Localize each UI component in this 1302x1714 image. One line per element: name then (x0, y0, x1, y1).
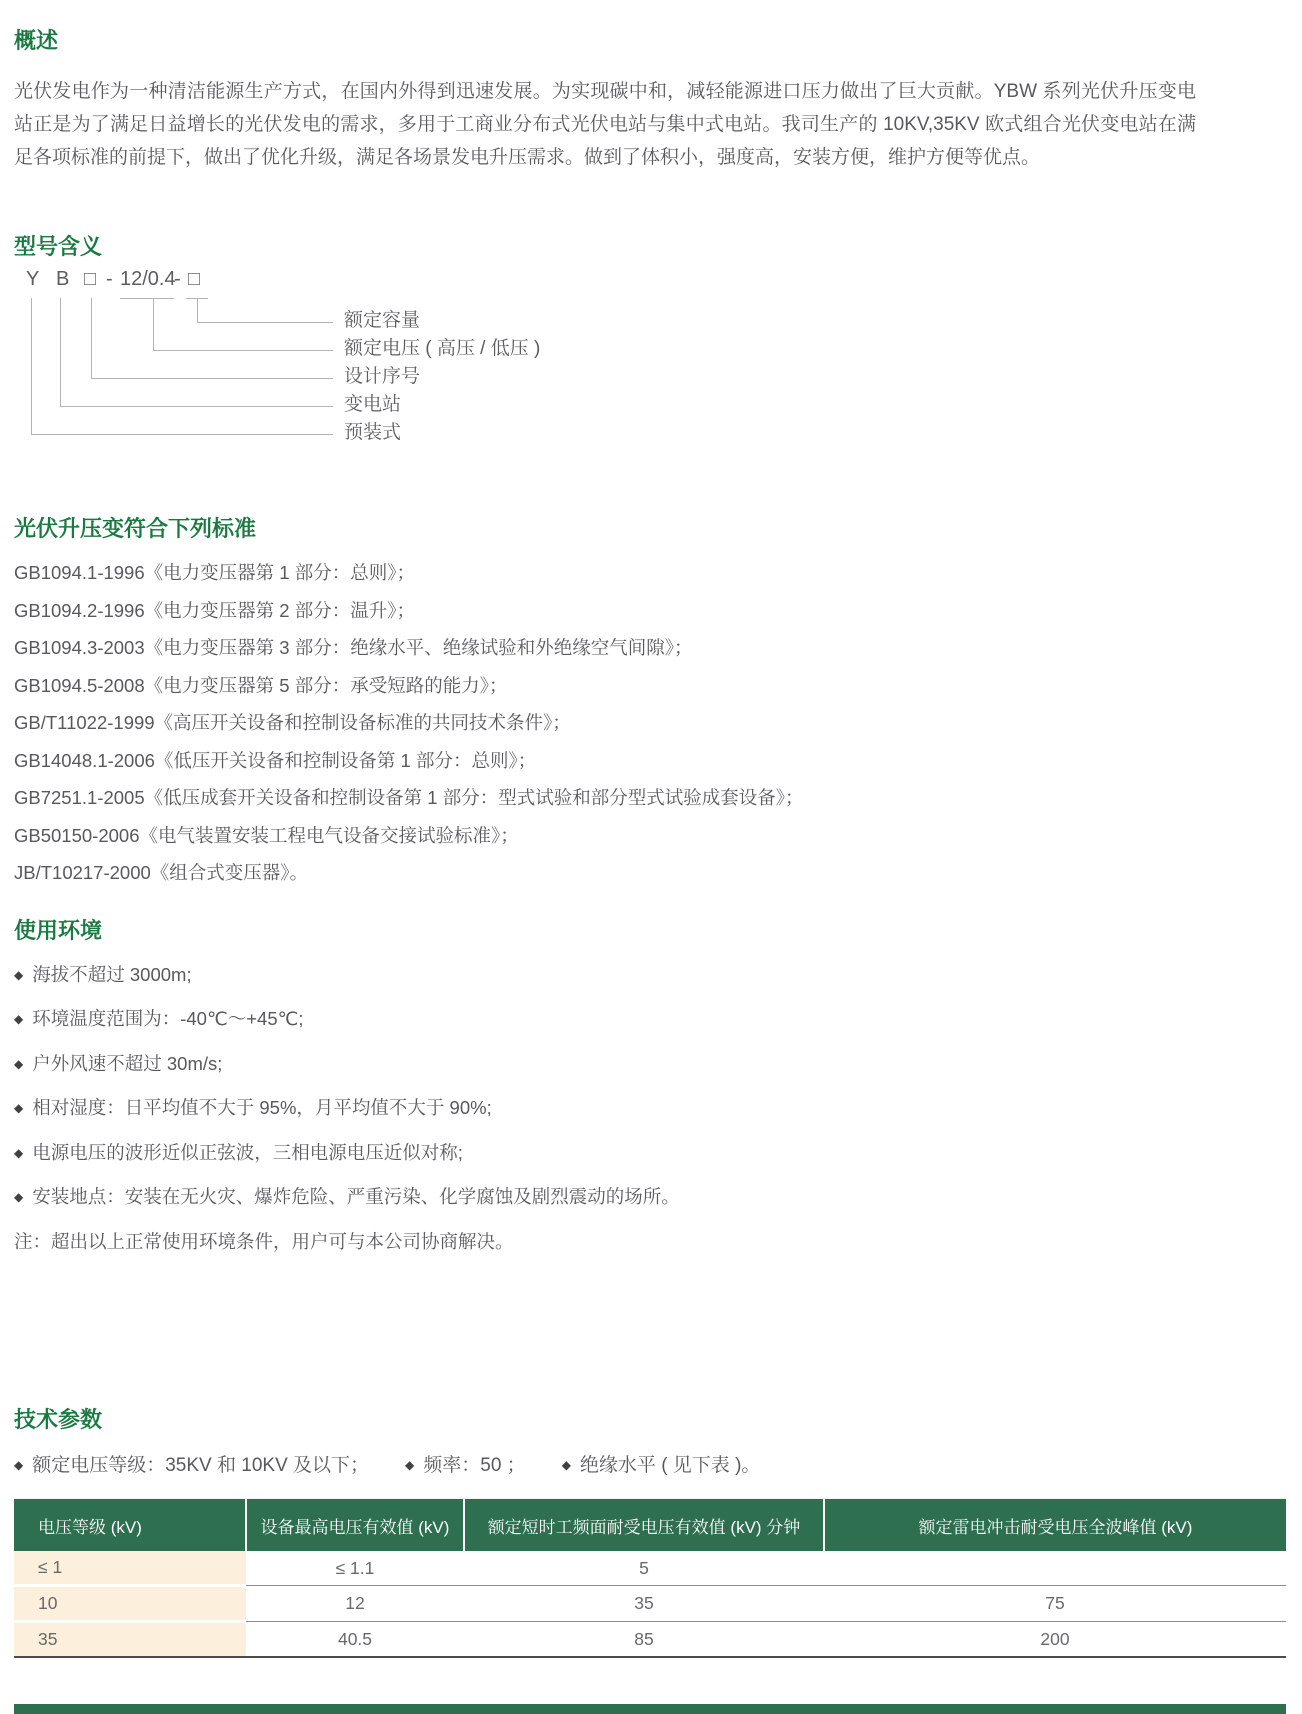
model-code-box: □ (84, 268, 96, 291)
environment-item-text: 相对湿度：日平均值不大于 95%，月平均值不大于 90%; (32, 1097, 491, 1118)
environment-item: ◆相对湿度：日平均值不大于 95%，月平均值不大于 90%; (14, 1087, 1288, 1132)
environment-item-text: 海拔不超过 3000m; (32, 964, 191, 985)
tech-param-item: ◆绝缘水平 ( 见下表 )。 (562, 1455, 761, 1476)
environment-item-text: 安装地点：安装在无火灾、爆炸危险、严重污染、化学腐蚀及剧烈震动的场所。 (32, 1186, 680, 1207)
standard-item: GB/T11022-1999《高压开关设备和控制设备标准的共同技术条件》； (14, 704, 1288, 742)
model-code-part: 12/0.4 (120, 268, 176, 291)
standard-item: GB7251.1-2005《低压成套开关设备和控制设备第 1 部分：型式试验和部… (14, 779, 1288, 817)
tech-param-item-text: 额定电压等级：35KV 和 10KV 及以下； (32, 1455, 369, 1476)
model-code-box: □ (188, 268, 200, 291)
diamond-bullet-icon: ◆ (14, 1057, 23, 1071)
diamond-bullet-icon: ◆ (562, 1458, 571, 1472)
model-code-part: Y (26, 268, 39, 291)
standard-item: GB50150-2006《电气装置安装工程电气设备交接试验标准》； (14, 817, 1288, 855)
standard-item: GB14048.1-2006《低压开关设备和控制设备第 1 部分：总则》； (14, 742, 1288, 780)
table-cell: 75 (824, 1586, 1286, 1622)
tech-param-item: ◆频率：50 ； (405, 1455, 526, 1476)
standards-heading: 光伏升压变符合下列标准 (14, 516, 1288, 542)
standard-item: JB/T10217-2000《组合式变压器》。 (14, 854, 1288, 892)
overview-heading: 概述 (14, 28, 1288, 54)
table-cell: 40.5 (246, 1622, 464, 1658)
environment-item: ◆安装地点：安装在无火灾、爆炸危险、严重污染、化学腐蚀及剧烈震动的场所。 (14, 1176, 1288, 1221)
standard-item: GB1094.5-2008《电力变压器第 5 部分：承受短路的能力》； (14, 667, 1288, 705)
table-header-cell: 额定雷电冲击耐受电压全波峰值 (kV) (824, 1499, 1286, 1551)
insulation-level-table: 电压等级 (kV)设备最高电压有效值 (kV)额定短时工频面耐受电压有效值 (k… (14, 1498, 1286, 1658)
model-label: 预装式 (344, 423, 401, 443)
tech-param-item-text: 绝缘水平 ( 见下表 )。 (580, 1455, 761, 1476)
connector-line (31, 298, 333, 435)
model-label: 变电站 (344, 395, 401, 415)
environment-item-text: 环境温度范围为：-40℃～+45℃; (32, 1008, 303, 1029)
model-label: 额定容量 (344, 311, 420, 331)
table-cell: 85 (464, 1622, 824, 1658)
model-heading: 型号含义 (14, 234, 1288, 260)
model-code-part: B (56, 268, 69, 291)
table-cell: ≤ 1 (14, 1551, 246, 1586)
table-row: ≤ 1≤ 1.15 (14, 1551, 1286, 1586)
table-header-cell: 额定短时工频面耐受电压有效值 (kV) 分钟 (464, 1499, 824, 1551)
overview-paragraph: 光伏发电作为一种清洁能源生产方式，在国内外得到迅速发展。为实现碳中和，减轻能源进… (14, 75, 1196, 174)
model-code-diagram: Y B □ - 12/0.4 - □ 额定容量 额定电压 ( 高压 / 低压 )… (14, 268, 1288, 460)
tech-param-item: ◆额定电压等级：35KV 和 10KV 及以下； (14, 1455, 369, 1476)
tech-param-item-text: 频率：50 ； (423, 1455, 525, 1476)
next-table-header-partial (14, 1704, 1286, 1714)
diamond-bullet-icon: ◆ (405, 1458, 414, 1472)
tech-params-summary: ◆额定电压等级：35KV 和 10KV 及以下；◆频率：50 ；◆绝缘水平 ( … (14, 1453, 1288, 1480)
table-cell: 200 (824, 1622, 1286, 1658)
diamond-bullet-icon: ◆ (14, 1146, 23, 1160)
model-code-part: - (106, 268, 113, 291)
table-cell: 5 (464, 1551, 824, 1586)
table-cell: 35 (464, 1586, 824, 1622)
environment-item: ◆户外风速不超过 30m/s; (14, 1043, 1288, 1088)
environment-note: 注：超出以上正常使用环境条件，用户可与本公司协商解决。 (14, 1221, 1288, 1264)
environment-list: ◆海拔不超过 3000m;◆环境温度范围为：-40℃～+45℃;◆户外风速不超过… (14, 954, 1288, 1221)
table-header-cell: 设备最高电压有效值 (kV) (246, 1499, 464, 1551)
standard-item: GB1094.2-1996《电力变压器第 2 部分：温升》； (14, 592, 1288, 630)
standards-list: GB1094.1-1996《电力变压器第 1 部分：总则》；GB1094.2-1… (14, 554, 1288, 892)
diamond-bullet-icon: ◆ (14, 968, 23, 982)
diamond-bullet-icon: ◆ (14, 1458, 23, 1472)
environment-item: ◆环境温度范围为：-40℃～+45℃; (14, 998, 1288, 1043)
table-row: 10123575 (14, 1586, 1286, 1622)
table-cell: 12 (246, 1586, 464, 1622)
environment-item-text: 户外风速不超过 30m/s; (32, 1053, 222, 1074)
page-content: 概述 光伏发电作为一种清洁能源生产方式，在国内外得到迅速发展。为实现碳中和，减轻… (0, 0, 1302, 1714)
model-code-part: - (174, 268, 181, 291)
diamond-bullet-icon: ◆ (14, 1101, 23, 1115)
standard-item: GB1094.3-2003《电力变压器第 3 部分：绝缘水平、绝缘试验和外绝缘空… (14, 629, 1288, 667)
table-cell (824, 1551, 1286, 1586)
table-cell: 10 (14, 1586, 246, 1622)
tech-params-heading: 技术参数 (14, 1407, 1288, 1433)
diamond-bullet-icon: ◆ (14, 1012, 23, 1026)
table-cell: 35 (14, 1622, 246, 1658)
table-header-row: 电压等级 (kV)设备最高电压有效值 (kV)额定短时工频面耐受电压有效值 (k… (14, 1499, 1286, 1551)
table-cell: ≤ 1.1 (246, 1551, 464, 1586)
model-label: 设计序号 (344, 367, 420, 387)
table-row: 3540.585200 (14, 1622, 1286, 1658)
environment-item: ◆海拔不超过 3000m; (14, 954, 1288, 999)
diamond-bullet-icon: ◆ (14, 1190, 23, 1204)
environment-item-text: 电源电压的波形近似正弦波，三相电源电压近似对称; (32, 1142, 463, 1163)
environment-heading: 使用环境 (14, 918, 1288, 944)
environment-item: ◆电源电压的波形近似正弦波，三相电源电压近似对称; (14, 1132, 1288, 1177)
table-header-cell: 电压等级 (kV) (14, 1499, 246, 1551)
standard-item: GB1094.1-1996《电力变压器第 1 部分：总则》； (14, 554, 1288, 592)
model-label: 额定电压 ( 高压 / 低压 ) (344, 339, 540, 359)
